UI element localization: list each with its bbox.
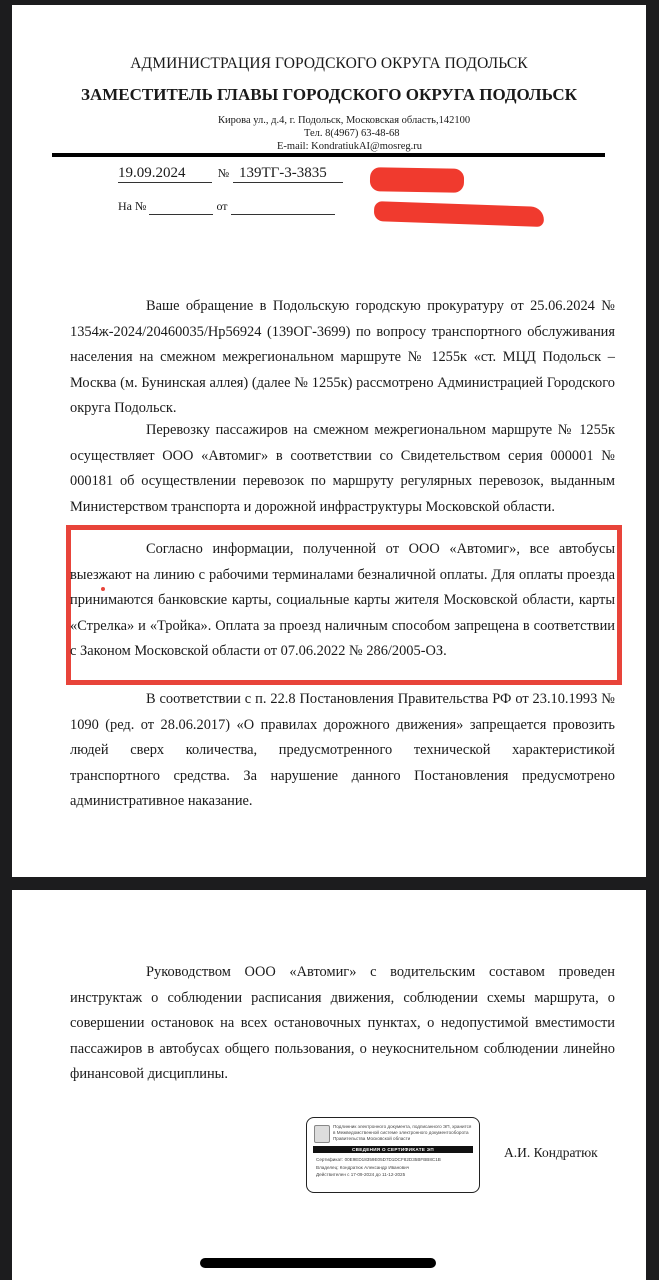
address: Кирова ул., д.4, г. Подольск, Московская… <box>218 114 470 127</box>
paragraph-payment-highlighted: Согласно информации, полученной от ООО «… <box>70 537 615 665</box>
from-date-blank <box>231 199 335 215</box>
document-page-2: Руководством ООО «Автомиг» с водительски… <box>12 890 646 1280</box>
phone: Тел. 8(4967) 63-48-68 <box>304 127 400 140</box>
number-sign: № <box>218 166 229 180</box>
paragraph-carrier: Перевозку пассажиров на смежном межрегио… <box>70 418 615 520</box>
stamp-notice: Подлинник электронного документа, подпис… <box>333 1124 475 1142</box>
paragraph-appeal: Ваше обращение в Подольскую городскую пр… <box>70 294 615 422</box>
stamp-validity: Действителен с 17-09-2024 до 11-12-2025 <box>316 1171 441 1179</box>
letter-date: 19.09.2024 <box>118 165 212 183</box>
letter-number: 139ТГ-3-3835 <box>233 165 343 183</box>
org-name: АДМИНИСТРАЦИЯ ГОРОДСКОГО ОКРУГА ПОДОЛЬСК <box>12 55 646 73</box>
home-indicator[interactable] <box>200 1258 436 1268</box>
coat-of-arms-icon <box>314 1125 330 1143</box>
incoming-ref: На № от <box>118 199 335 215</box>
from-label: от <box>216 199 227 213</box>
email: E-mail: KondratiukAI@mosreg.ru <box>277 140 422 153</box>
e-signature-stamp: Подлинник электронного документа, подпис… <box>306 1117 480 1193</box>
document-page-1: АДМИНИСТРАЦИЯ ГОРОДСКОГО ОКРУГА ПОДОЛЬСК… <box>12 5 646 877</box>
redaction-mark <box>370 167 464 193</box>
reply-to-number-blank <box>149 199 213 215</box>
signatory-name: А.И. Кондратюк <box>504 1145 598 1161</box>
paragraph-instruction: Руководством ООО «Автомиг» с водительски… <box>70 960 615 1088</box>
header-divider <box>52 153 605 157</box>
redaction-mark <box>374 201 545 227</box>
stamp-details: Сертификат: 00E9ED18359E05D7D1DCF82D35BF… <box>316 1156 441 1179</box>
outgoing-ref: 19.09.2024 № 139ТГ-3-3835 <box>118 165 343 183</box>
stamp-certificate: Сертификат: 00E9ED18359E05D7D1DCF82D35BF… <box>316 1156 441 1164</box>
stamp-header: СВЕДЕНИЯ О СЕРТИФИКАТЕ ЭП <box>313 1146 473 1153</box>
paragraph-overcrowding: В соответствии с п. 22.8 Постановления П… <box>70 687 615 815</box>
reply-to-label: На № <box>118 199 146 213</box>
annotation-dot <box>101 587 105 591</box>
stamp-owner: Владелец: Кондратюк Александр Иванович <box>316 1164 441 1172</box>
letterhead-title: ЗАМЕСТИТЕЛЬ ГЛАВЫ ГОРОДСКОГО ОКРУГА ПОДО… <box>12 85 646 105</box>
